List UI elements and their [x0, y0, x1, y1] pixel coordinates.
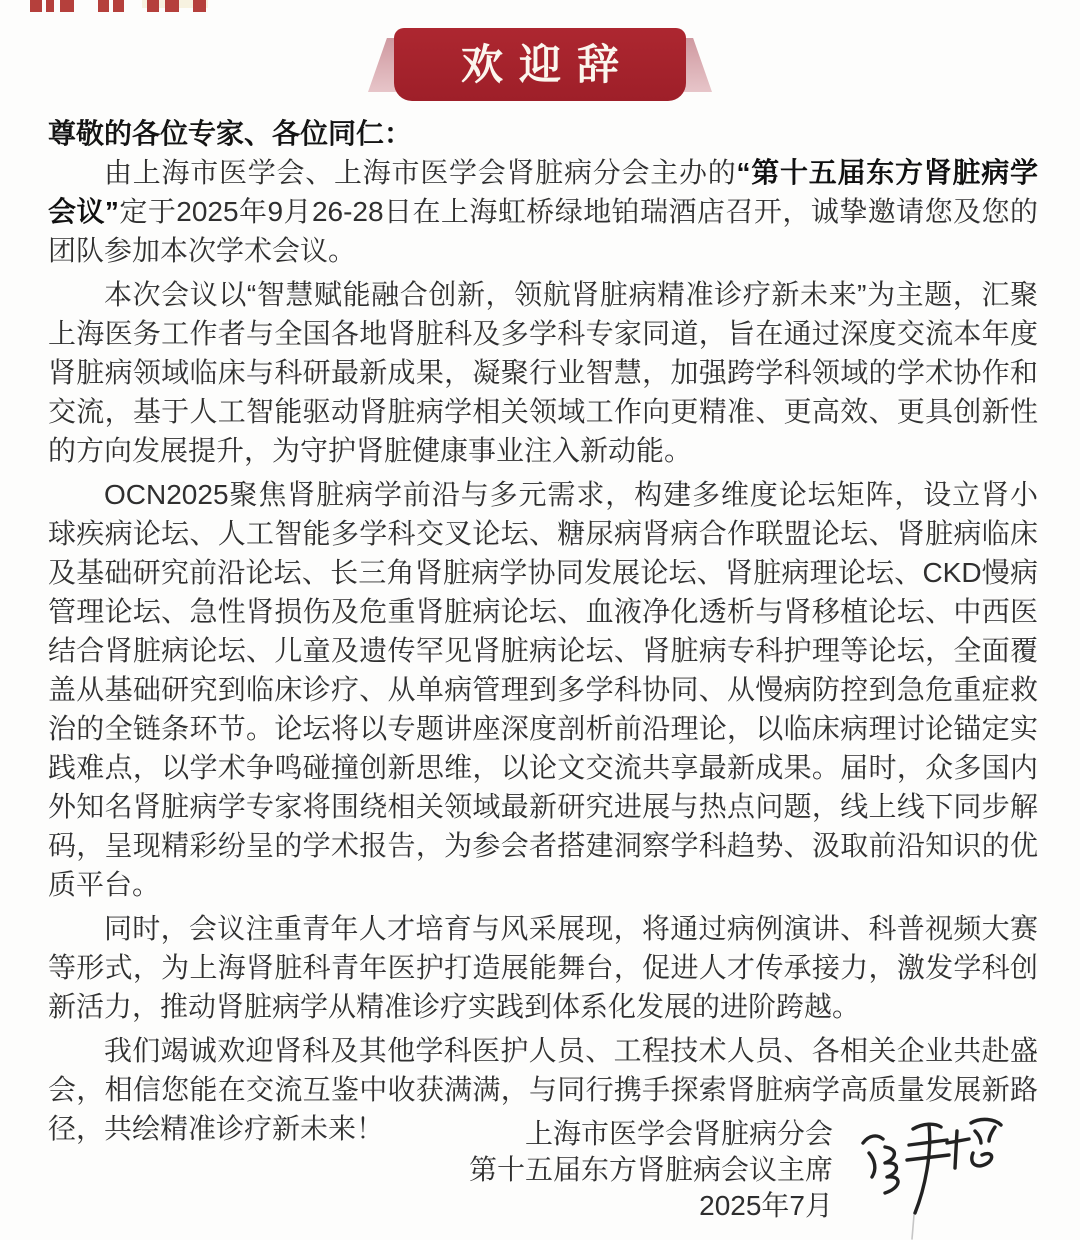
letter-body: 尊敬的各位专家、各位同仁： 由上海市医学会、上海市医学会肾脏病分会主办的“第十五… [48, 114, 1038, 1148]
paragraph: 本次会议以“智慧赋能融合创新，领航肾脏病精准诊疗新未来”为主题，汇聚上海医务工作… [48, 275, 1038, 470]
body-text: 同时，会议注重青年人才培育与风采展现，将通过病例演讲、科普视频大赛等形式，为上海… [48, 913, 1038, 1022]
salutation: 尊敬的各位专家、各位同仁： [48, 114, 1038, 153]
signature-block: 上海市医学会肾脏病分会 第十五届东方肾脏病会议主席 2025年7月 [469, 1116, 833, 1224]
signature-org: 上海市医学会肾脏病分会 [469, 1116, 833, 1152]
signature-role: 第十五届东方肾脏病会议主席 [469, 1152, 833, 1188]
signature-date: 2025年7月 [469, 1188, 833, 1224]
paragraphs-container: 由上海市医学会、上海市医学会肾脏病分会主办的“第十五届东方肾脏病学会议”定于20… [48, 153, 1038, 1148]
welcome-letter-page: 欢迎辞 尊敬的各位专家、各位同仁： 由上海市医学会、上海市医学会肾脏病分会主办的… [0, 0, 1080, 1240]
paragraph: OCN2025聚焦肾脏病学前沿与多元需求，构建多维度论坛矩阵，设立肾小球疾病论坛… [48, 475, 1038, 904]
body-text: 本次会议以“智慧赋能融合创新，领航肾脏病精准诊疗新未来”为主题，汇聚上海医务工作… [48, 279, 1038, 466]
handwritten-signature [855, 1113, 1005, 1240]
page-title: 欢迎辞 [445, 44, 635, 86]
title-ribbon: 欢迎辞 [0, 0, 1080, 110]
body-text: 定于2025年9月26-28日在上海虹桥绿地铂瑞酒店召开，诚挚邀请您及您的团队参… [48, 196, 1038, 266]
body-text: OCN2025聚焦肾脏病学前沿与多元需求，构建多维度论坛矩阵，设立肾小球疾病论坛… [48, 479, 1038, 900]
body-text: 由上海市医学会、上海市医学会肾脏病分会主办的 [104, 157, 736, 188]
paragraph: 同时，会议注重青年人才培育与风采展现，将通过病例演讲、科普视频大赛等形式，为上海… [48, 909, 1038, 1026]
paragraph: 由上海市医学会、上海市医学会肾脏病分会主办的“第十五届东方肾脏病学会议”定于20… [48, 153, 1038, 270]
ribbon-banner: 欢迎辞 [394, 28, 686, 101]
